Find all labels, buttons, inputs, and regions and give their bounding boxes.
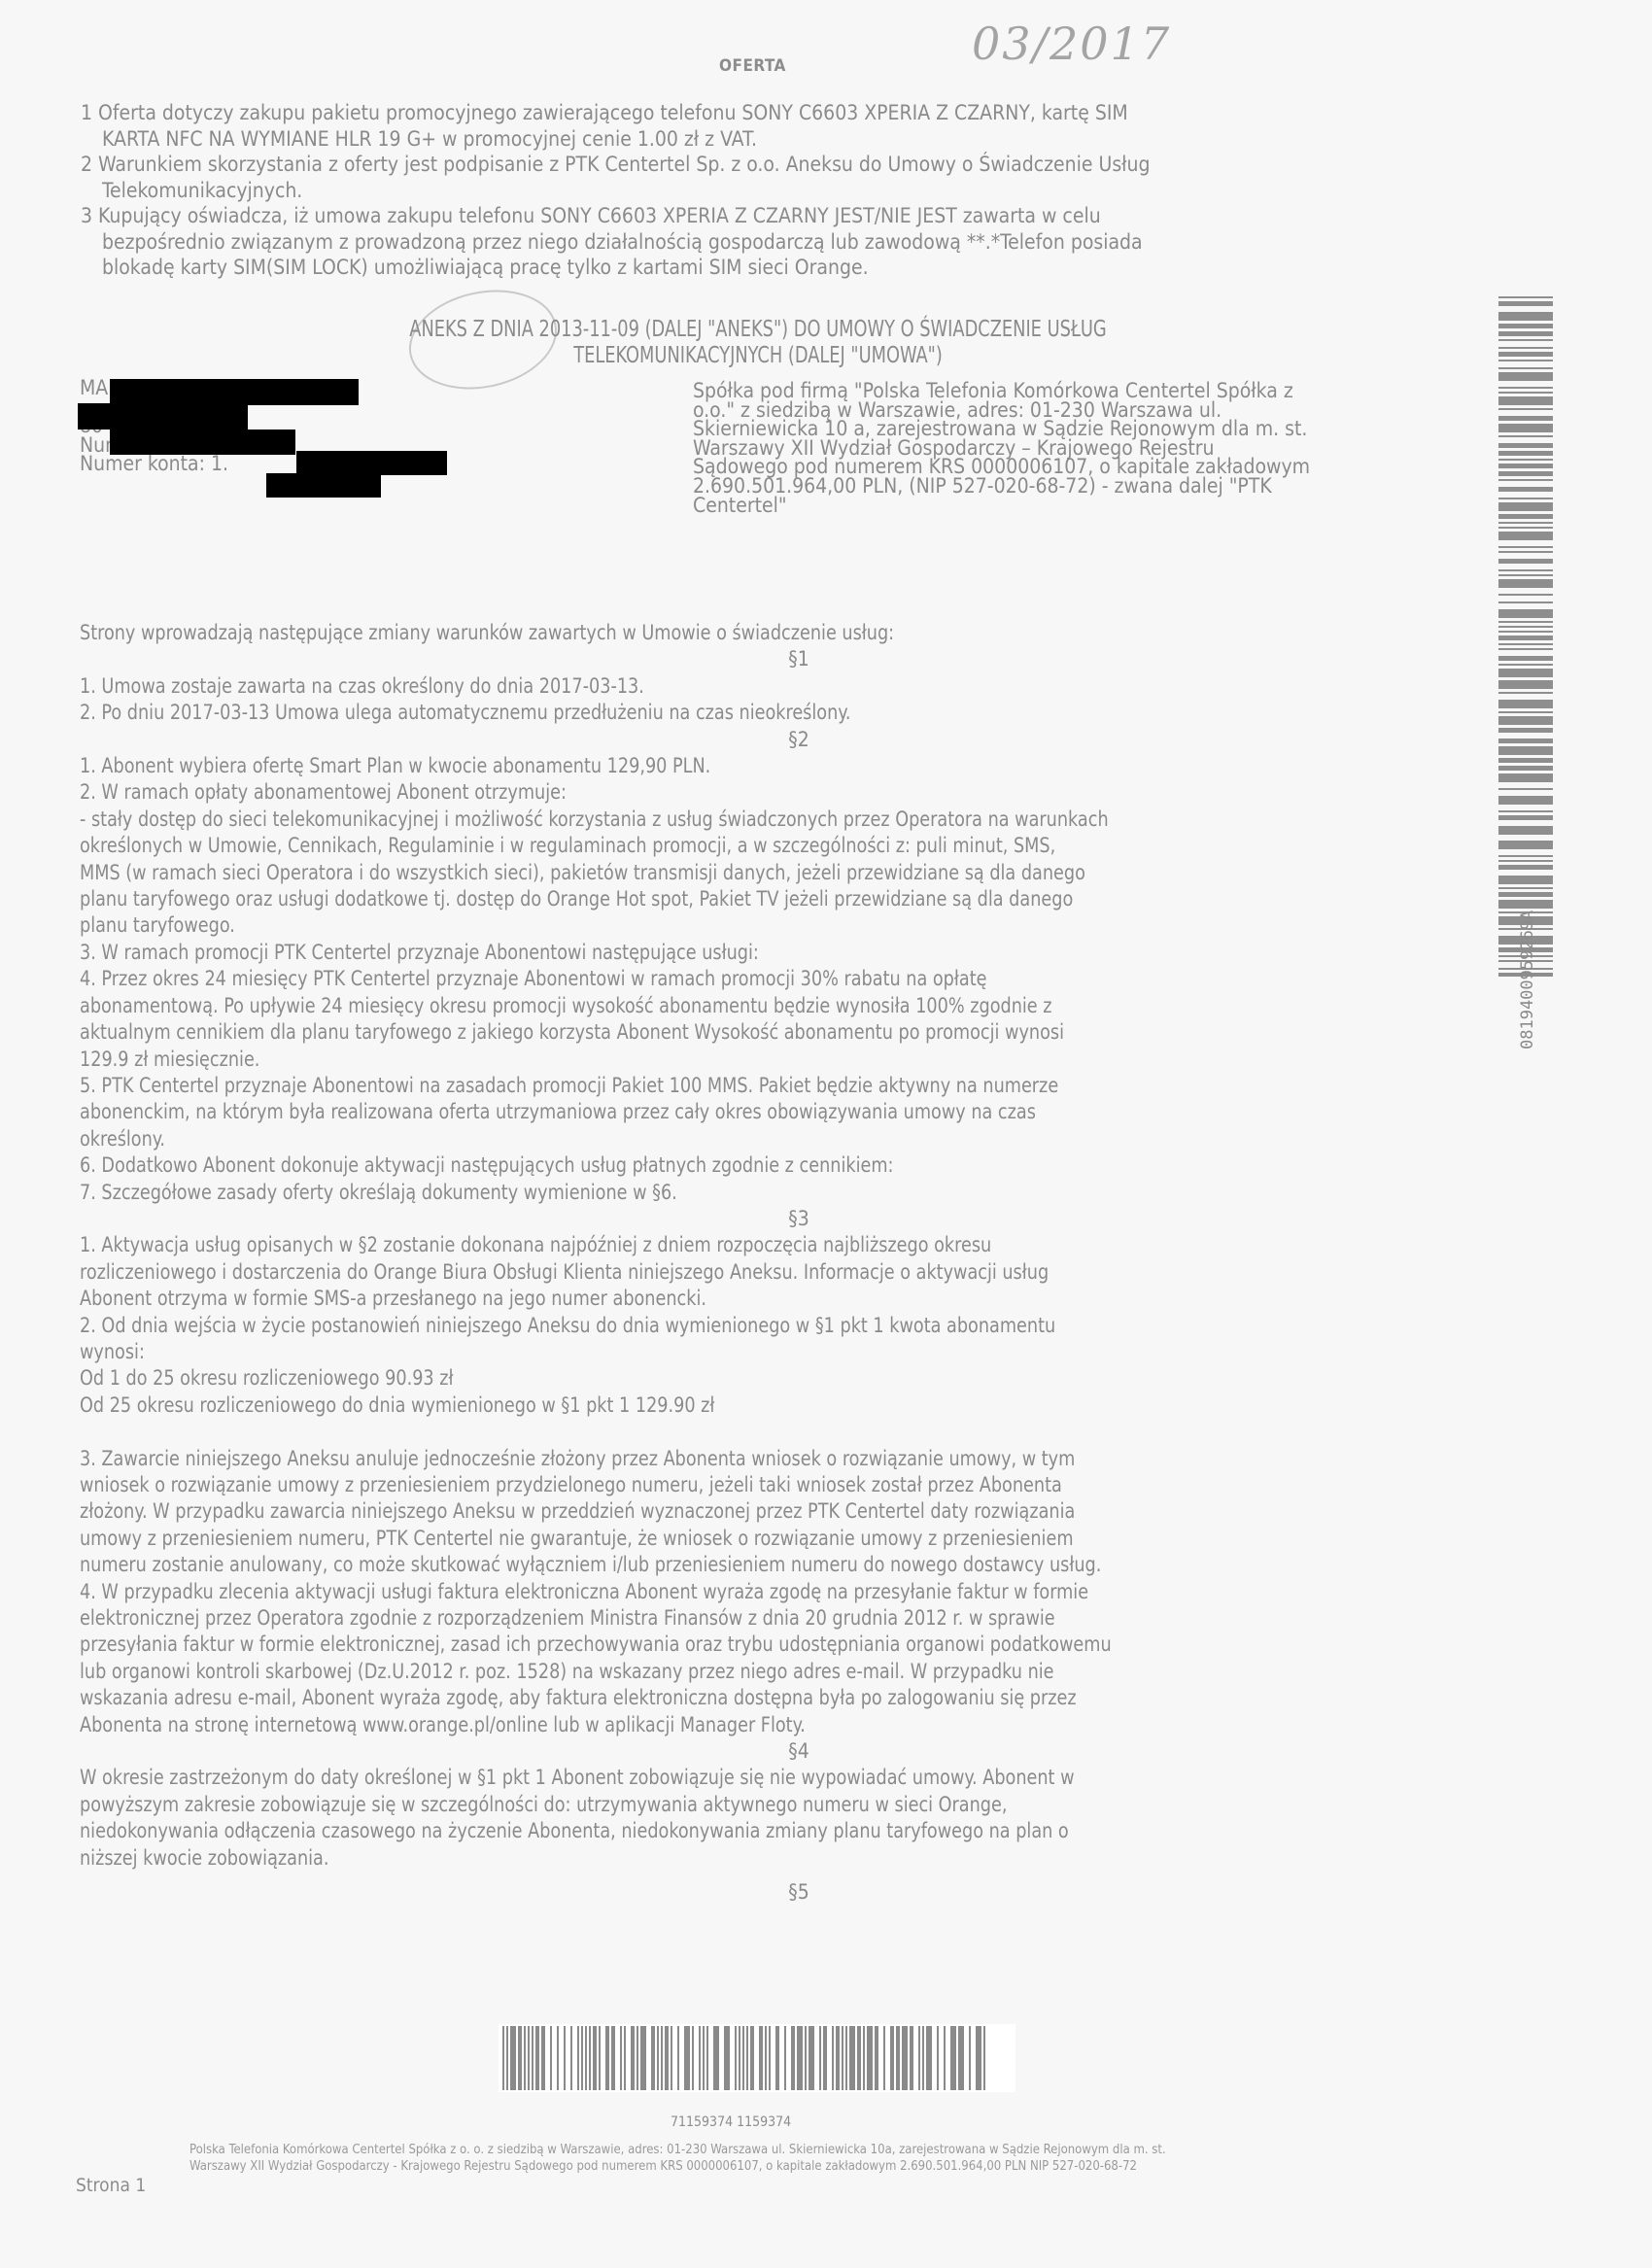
clause-line: W okresie zastrzeżonym do daty określone… — [80, 1765, 1387, 1791]
section-heading: §2 — [80, 727, 1518, 753]
offer-point-1: 1 Oferta dotyczy zakupu pakietu promocyj… — [81, 100, 1151, 126]
section-heading: §3 — [80, 1206, 1518, 1232]
clause-line: Od 25 okresu rozliczeniowego do dnia wym… — [80, 1392, 1387, 1419]
clause-line: niedokonywania odłączenia czasowego na ż… — [80, 1818, 1387, 1844]
clause-line: planu taryfowego oraz usługi dodatkowe t… — [80, 886, 1387, 912]
handwritten-date-note: 03/2017 — [972, 17, 1171, 70]
clause-line: abonenckim, na którym była realizowana o… — [80, 1099, 1387, 1125]
clause-line: Od 1 do 25 okresu rozliczeniowego 90.93 … — [80, 1365, 1387, 1392]
clause-line: wynosi: — [80, 1339, 1387, 1365]
clause-line: 2. W ramach opłaty abonamentowej Abonent… — [80, 779, 1387, 806]
clause-line: 2. Po dniu 2017-03-13 Umowa ulega automa… — [80, 700, 1387, 726]
offer-point-1-cont: KARTA NFC NA WYMIANE HLR 19 G+ w promocy… — [81, 126, 1151, 153]
clause-line: aktualnym cennikiem dla planu taryfowego… — [80, 1019, 1387, 1046]
offer-point-2: 2 Warunkiem skorzystania z oferty jest p… — [81, 152, 1151, 178]
clause-line: 3. W ramach promocji PTK Centertel przyz… — [80, 940, 1387, 966]
offer-point-3-cont: bezpośrednio związanym z prowadzoną prze… — [81, 229, 1151, 256]
operator-line: Centertel" — [693, 497, 1310, 516]
clause-line: Abonenta na stronę internetową www.orang… — [80, 1712, 1387, 1738]
document-id-code: 0819400959269A — [1518, 911, 1537, 1049]
clause-line: 4. W przypadku zlecenia aktywacji usługi… — [80, 1579, 1387, 1605]
page-number: Strona 1 — [76, 2175, 146, 2196]
redaction-bar — [296, 451, 447, 475]
offer-points: 1 Oferta dotyczy zakupu pakietu promocyj… — [81, 100, 1151, 281]
clause-line: - stały dostęp do sieci telekomunikacyjn… — [80, 807, 1387, 833]
clause-line: 1. Abonent wybiera ofertę Smart Plan w k… — [80, 753, 1387, 779]
redaction-bar — [110, 430, 295, 455]
clause-line: rozliczeniowego i dostarczenia do Orange… — [80, 1259, 1387, 1286]
annex-heading-line-1: ANEKS Z DNIA 2013-11-09 (DALEJ "ANEKS") … — [106, 317, 1410, 343]
clause-line: 6. Dodatkowo Abonent dokonuje aktywacji … — [80, 1152, 1387, 1179]
clause-line: planu taryfowego. — [80, 912, 1387, 939]
clause-line: lub organowi kontroli skarbowej (Dz.U.20… — [80, 1659, 1387, 1685]
clause-line: numeru zostanie anulowany, co może skutk… — [80, 1552, 1387, 1578]
annex-heading-line-2: TELEKOMUNIKACYJNYCH (DALEJ "UMOWA") — [106, 343, 1410, 369]
clause-line: 5. PTK Centertel przyznaje Abonentowi na… — [80, 1073, 1387, 1099]
clause-line: określonych w Umowie, Cennikach, Regulam… — [80, 833, 1387, 859]
redaction-bar — [110, 379, 359, 405]
redaction-bar — [266, 473, 381, 498]
clause-line: umowy z przeniesieniem numeru, PTK Cente… — [80, 1526, 1387, 1552]
annex-intro: Strony wprowadzają następujące zmiany wa… — [80, 620, 1387, 646]
clause-line: elektronicznej przez Operatora zgodnie z… — [80, 1605, 1387, 1632]
account-number: Numer konta: 1. — [80, 455, 290, 474]
clause-line: 129.9 zł miesięcznie. — [80, 1047, 1387, 1073]
clause-line: 3. Zawarcie niniejszego Aneksu anuluje j… — [80, 1446, 1387, 1472]
footer-legal-line-1: Polska Telefonia Komórkowa Centertel Spó… — [189, 2142, 1166, 2158]
barcode-number: 71159374 1159374 — [671, 2114, 791, 2130]
clause-line: przesyłania faktur w formie elektroniczn… — [80, 1632, 1387, 1658]
clause-line: wniosek o rozwiązanie umowy z przeniesie… — [80, 1472, 1387, 1498]
clause-line: Abonent otrzyma w formie SMS-a przesłane… — [80, 1286, 1387, 1312]
clause-line: MMS (w ramach sieci Operatora i do wszys… — [80, 860, 1387, 886]
clause-line: abonamentową. Po upływie 24 miesięcy okr… — [80, 993, 1387, 1019]
spacer — [80, 1419, 1479, 1445]
offer-point-3-cont: blokadę karty SIM(SIM LOCK) umożliwiając… — [81, 255, 1151, 281]
clause-line: 7. Szczegółowe zasady oferty określają d… — [80, 1180, 1387, 1206]
clause-line: złożony. W przypadku zawarcia niniejszeg… — [80, 1498, 1387, 1525]
clause-line: 1. Aktywacja usług opisanych w §2 zostan… — [80, 1232, 1387, 1258]
clause-line: 4. Przez okres 24 miesięcy PTK Centertel… — [80, 966, 1387, 992]
clause-line: 2. Od dnia wejścia w życie postanowień n… — [80, 1313, 1387, 1339]
offer-title: OFERTA — [719, 56, 786, 76]
clause-line: 1. Umowa zostaje zawarta na czas określo… — [80, 673, 1387, 700]
vertical-barcode — [1498, 296, 1553, 977]
clause-line: niższej kwocie zobowiązania. — [80, 1845, 1387, 1872]
clause-line: powyższym zakresie zobowiązuje się w szc… — [80, 1792, 1387, 1818]
annex-body: Strony wprowadzają następujące zmiany wa… — [80, 620, 1479, 1906]
annex-heading: ANEKS Z DNIA 2013-11-09 (DALEJ "ANEKS") … — [0, 317, 1516, 369]
offer-point-2-cont: Telekomunikacyjnych. — [81, 178, 1151, 204]
section-heading: §4 — [80, 1738, 1518, 1765]
redaction-bar — [78, 403, 248, 430]
offer-point-3: 3 Kupujący oświadcza, iż umowa zakupu te… — [81, 203, 1151, 229]
operator-details: Spółka pod firmą "Polska Telefonia Komór… — [693, 382, 1310, 515]
spacer — [80, 1872, 1479, 1879]
section-heading: §1 — [80, 646, 1518, 672]
clause-line: wskazania adresu e-mail, Abonent wyraża … — [80, 1685, 1387, 1711]
clause-line: określony. — [80, 1126, 1387, 1152]
section-heading: §5 — [80, 1879, 1518, 1906]
horizontal-barcode — [499, 2024, 1015, 2092]
footer-legal-line-2: Warszawy XII Wydział Gospodarczy - Krajo… — [189, 2158, 1137, 2175]
